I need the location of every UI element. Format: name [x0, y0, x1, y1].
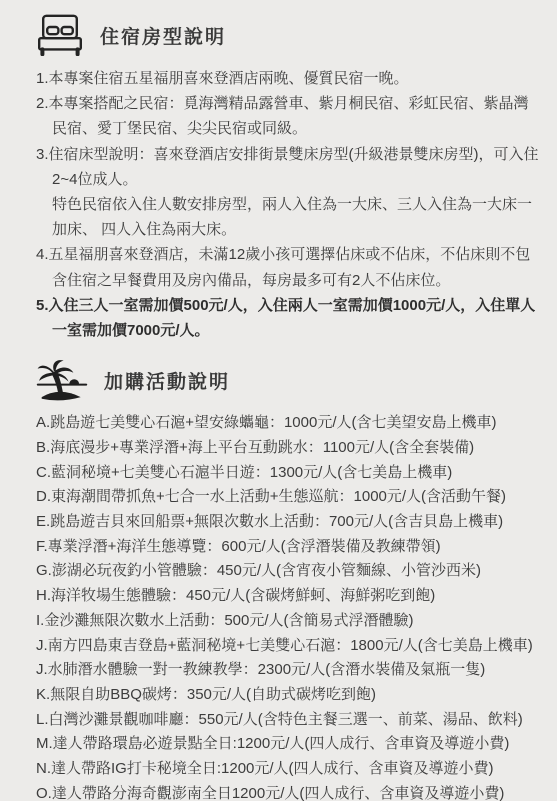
- item-paragraph: 3.住宿床型說明：喜來登酒店安排街景雙床房型(升級港景雙床房型)，可入住2~4位…: [52, 142, 543, 192]
- activity-item: D.東海潮間帶抓魚+七合一水上活動+生態巡航：1000元/人(含活動午餐): [36, 485, 543, 510]
- activity-item: A.跳島遊七美雙心石滬+望安綠蠵龜：1000元/人(含七美望安島上機車): [36, 411, 543, 436]
- activity-letter: L.: [36, 711, 49, 728]
- accommodation-section: 住宿房型說明 1.本專案住宿五星福朋喜來登酒店兩晚、優質民宿一晚。 2.本專案搭…: [36, 10, 543, 343]
- item-paragraph: 5.入住三人一室需加價500元/人，入住兩人一室需加價1000元/人，入住單人一…: [52, 293, 543, 343]
- activity-text: 達人帶路IG打卡秘境全日:1200元/人(四人成行、含車資及導遊小費): [51, 760, 494, 777]
- bed-icon: [36, 14, 84, 56]
- activity-line: J.水肺潛水體驗一對一教練教學：2300元/人(含潛水裝備及氣瓶一隻): [52, 658, 543, 683]
- activity-item: L.白灣沙灘景觀咖啡廳：550元/人(含特色主餐三選一、前菜、湯品、飲料): [36, 708, 543, 733]
- activity-text: 水肺潛水體驗一對一教練教學：2300元/人(含潛水裝備及氣瓶一隻): [48, 661, 486, 678]
- activity-text: 東海潮間帶抓魚+七合一水上活動+生態巡航：1000元/人(含活動午餐): [51, 488, 506, 505]
- item-number: 5.: [36, 297, 49, 314]
- activity-line: I.金沙灘無限次數水上活動：500元/人(含簡易式浮潛體驗): [52, 609, 543, 634]
- activity-letter: A.: [36, 414, 50, 431]
- activity-text: 澎湖必玩夜釣小管體驗：450元/人(含宵夜小管麵線、小管沙西米): [52, 562, 481, 579]
- activity-line: D.東海潮間帶抓魚+七合一水上活動+生態巡航：1000元/人(含活動午餐): [52, 485, 543, 510]
- activity-item: C.藍洞秘境+七美雙心石滬半日遊：1300元/人(含七美島上機車): [36, 461, 543, 486]
- item-paragraph: 2.本專案搭配之民宿：覓海灣精品露營車、紫月桐民宿、彩虹民宿、紫晶灣民宿、愛丁堡…: [52, 91, 543, 141]
- activity-item: J.水肺潛水體驗一對一教練教學：2300元/人(含潛水裝備及氣瓶一隻): [36, 658, 543, 683]
- activity-item: B.海底漫步+專業浮潛+海上平台互動跳水：1100元/人(含全套裝備): [36, 436, 543, 461]
- accommodation-item: 2.本專案搭配之民宿：覓海灣精品露營車、紫月桐民宿、彩虹民宿、紫晶灣民宿、愛丁堡…: [36, 91, 543, 141]
- activities-list: A.跳島遊七美雙心石滬+望安綠蠵龜：1000元/人(含七美望安島上機車) B.海…: [36, 411, 543, 801]
- activity-letter: N.: [36, 760, 51, 777]
- activity-item: K.無限自助BBQ碳烤：350元/人(自助式碳烤吃到飽): [36, 683, 543, 708]
- activity-item: J.南方四島東吉登島+藍洞秘境+七美雙心石滬：1800元/人(含七美島上機車): [36, 634, 543, 659]
- activities-title: 加購活動說明: [104, 367, 230, 394]
- activity-letter: G.: [36, 562, 52, 579]
- item-number: 4.: [36, 246, 49, 263]
- activities-section: 加購活動說明 A.跳島遊七美雙心石滬+望安綠蠵龜：1000元/人(含七美望安島上…: [36, 355, 543, 801]
- activity-line: G.澎湖必玩夜釣小管體驗：450元/人(含宵夜小管麵線、小管沙西米): [52, 559, 543, 584]
- activity-item: O.達人帶路分海奇觀澎南全日1200元/人(四人成行、含車資及導遊小費): [36, 782, 543, 801]
- item-paragraph: 1.本專案住宿五星福朋喜來登酒店兩晚、優質民宿一晚。: [52, 66, 543, 91]
- activity-text: 無限自助BBQ碳烤：350元/人(自助式碳烤吃到飽): [50, 686, 376, 703]
- activity-text: 白灣沙灘景觀咖啡廳：550元/人(含特色主餐三選一、前菜、湯品、飲料): [49, 711, 523, 728]
- item-number: 3.: [36, 146, 49, 163]
- activity-text: 南方四島東吉登島+藍洞秘境+七美雙心石滬：1800元/人(含七美島上機車): [48, 637, 533, 654]
- accommodation-item: 4.五星福朋喜來登酒店，未滿12歲小孩可選擇佔床或不佔床，不佔床則不包含住宿之早…: [36, 242, 543, 292]
- activity-letter: C.: [36, 464, 51, 481]
- activity-line: M.達人帶路環島必遊景點全日:1200元/人(四人成行、含車資及導遊小費): [52, 732, 543, 757]
- activity-letter: H.: [36, 587, 51, 604]
- activity-item: F.專業浮潛+海洋生態導覽：600元/人(含浮潛裝備及教練帶領): [36, 535, 543, 560]
- item-number: 2.: [36, 95, 49, 112]
- activity-line: A.跳島遊七美雙心石滬+望安綠蠵龜：1000元/人(含七美望安島上機車): [52, 411, 543, 436]
- activity-letter: D.: [36, 488, 51, 505]
- activity-text: 藍洞秘境+七美雙心石滬半日遊：1300元/人(含七美島上機車): [51, 464, 452, 481]
- activity-line: L.白灣沙灘景觀咖啡廳：550元/人(含特色主餐三選一、前菜、湯品、飲料): [52, 708, 543, 733]
- activity-text: 海底漫步+專業浮潛+海上平台互動跳水：1100元/人(含全套裝備): [50, 439, 474, 456]
- activity-text: 專業浮潛+海洋生態導覽：600元/人(含浮潛裝備及教練帶領): [48, 538, 441, 555]
- activity-item: I.金沙灘無限次數水上活動：500元/人(含簡易式浮潛體驗): [36, 609, 543, 634]
- activity-letter: J.: [36, 661, 48, 678]
- travel-package-notes: 住宿房型說明 1.本專案住宿五星福朋喜來登酒店兩晚、優質民宿一晚。 2.本專案搭…: [0, 0, 557, 801]
- activities-header: 加購活動說明: [36, 355, 543, 405]
- activity-line: O.達人帶路分海奇觀澎南全日1200元/人(四人成行、含車資及導遊小費): [52, 782, 543, 801]
- activity-text: 跳島遊吉貝來回船票+無限次數水上活動：700元/人(含吉貝島上機車): [50, 513, 503, 530]
- activity-letter: K.: [36, 686, 50, 703]
- activity-letter: M.: [36, 735, 53, 752]
- activity-line: H.海洋牧場生態體驗：450元/人(含碳烤鮮蚵、海鮮粥吃到飽): [52, 584, 543, 609]
- activity-item: E.跳島遊吉貝來回船票+無限次數水上活動：700元/人(含吉貝島上機車): [36, 510, 543, 535]
- activity-line: B.海底漫步+專業浮潛+海上平台互動跳水：1100元/人(含全套裝備): [52, 436, 543, 461]
- activity-line: J.南方四島東吉登島+藍洞秘境+七美雙心石滬：1800元/人(含七美島上機車): [52, 634, 543, 659]
- activity-line: N.達人帶路IG打卡秘境全日:1200元/人(四人成行、含車資及導遊小費): [52, 757, 543, 782]
- activity-item: M.達人帶路環島必遊景點全日:1200元/人(四人成行、含車資及導遊小費): [36, 732, 543, 757]
- accommodation-item: 1.本專案住宿五星福朋喜來登酒店兩晚、優質民宿一晚。: [36, 66, 543, 91]
- palm-island-icon: [36, 358, 88, 402]
- accommodation-item: 3.住宿床型說明：喜來登酒店安排街景雙床房型(升級港景雙床房型)，可入住2~4位…: [36, 142, 543, 243]
- activity-letter: B.: [36, 439, 50, 456]
- accommodation-header: 住宿房型說明: [36, 10, 543, 60]
- activity-letter: J.: [36, 637, 48, 654]
- activity-line: K.無限自助BBQ碳烤：350元/人(自助式碳烤吃到飽): [52, 683, 543, 708]
- item-paragraph: 特色民宿依入住人數安排房型，兩人入住為一大床、三人入住為一大床一加床、 四人入住…: [52, 192, 543, 242]
- accommodation-item: 5.入住三人一室需加價500元/人，入住兩人一室需加價1000元/人，入住單人一…: [36, 293, 543, 343]
- item-number: 1.: [36, 70, 49, 87]
- accommodation-list: 1.本專案住宿五星福朋喜來登酒店兩晚、優質民宿一晚。 2.本專案搭配之民宿：覓海…: [36, 66, 543, 343]
- activity-letter: O.: [36, 785, 52, 801]
- activity-line: E.跳島遊吉貝來回船票+無限次數水上活動：700元/人(含吉貝島上機車): [52, 510, 543, 535]
- activity-text: 金沙灘無限次數水上活動：500元/人(含簡易式浮潛體驗): [44, 612, 413, 629]
- activity-letter: E.: [36, 513, 50, 530]
- activity-line: F.專業浮潛+海洋生態導覽：600元/人(含浮潛裝備及教練帶領): [52, 535, 543, 560]
- activity-item: H.海洋牧場生態體驗：450元/人(含碳烤鮮蚵、海鮮粥吃到飽): [36, 584, 543, 609]
- activity-item: G.澎湖必玩夜釣小管體驗：450元/人(含宵夜小管麵線、小管沙西米): [36, 559, 543, 584]
- accommodation-title: 住宿房型說明: [100, 22, 226, 49]
- item-paragraph: 4.五星福朋喜來登酒店，未滿12歲小孩可選擇佔床或不佔床，不佔床則不包含住宿之早…: [52, 242, 543, 292]
- activity-item: N.達人帶路IG打卡秘境全日:1200元/人(四人成行、含車資及導遊小費): [36, 757, 543, 782]
- activity-text: 海洋牧場生態體驗：450元/人(含碳烤鮮蚵、海鮮粥吃到飽): [51, 587, 435, 604]
- activity-text: 達人帶路環島必遊景點全日:1200元/人(四人成行、含車資及導遊小費): [53, 735, 510, 752]
- activity-text: 達人帶路分海奇觀澎南全日1200元/人(四人成行、含車資及導遊小費): [52, 785, 505, 801]
- activity-letter: F.: [36, 538, 48, 555]
- activity-text: 跳島遊七美雙心石滬+望安綠蠵龜：1000元/人(含七美望安島上機車): [50, 414, 496, 431]
- activity-line: C.藍洞秘境+七美雙心石滬半日遊：1300元/人(含七美島上機車): [52, 461, 543, 486]
